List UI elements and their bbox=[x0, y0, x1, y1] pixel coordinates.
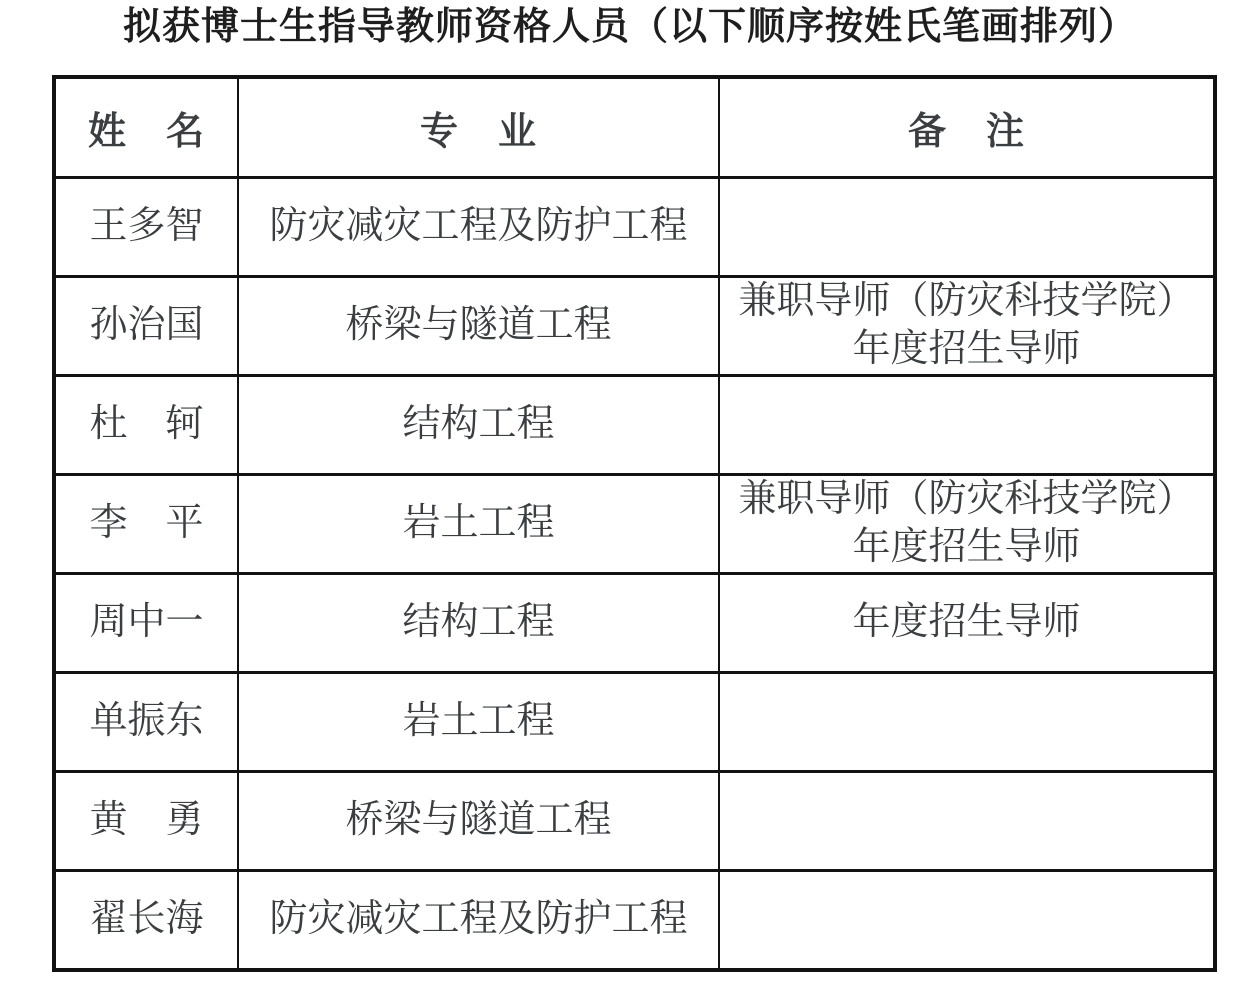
document-page: 拟获博士生指导教师资格人员（以下顺序按姓氏笔画排列） 姓 名 专 业 备 注 王… bbox=[0, 0, 1260, 1007]
table-row: 王多智 防灾减灾工程及防护工程 bbox=[54, 178, 1215, 277]
major-cell: 桥梁与隧道工程 bbox=[238, 772, 719, 871]
remark-cell bbox=[719, 871, 1215, 971]
name-cell: 单振东 bbox=[54, 673, 238, 772]
table-row: 李 平 岩土工程 兼职导师（防灾科技学院） 年度招生导师 bbox=[54, 475, 1215, 574]
header-cell-name: 姓 名 bbox=[54, 77, 238, 178]
table-row: 杜 轲 结构工程 bbox=[54, 376, 1215, 475]
major-cell: 防灾减灾工程及防护工程 bbox=[238, 178, 719, 277]
header-cell-major: 专 业 bbox=[238, 77, 719, 178]
name-cell: 孙治国 bbox=[54, 277, 238, 376]
name-cell: 李 平 bbox=[54, 475, 238, 574]
table-row: 单振东 岩土工程 bbox=[54, 673, 1215, 772]
name-cell: 翟长海 bbox=[54, 871, 238, 971]
table-row: 孙治国 桥梁与隧道工程 兼职导师（防灾科技学院） 年度招生导师 bbox=[54, 277, 1215, 376]
document-title: 拟获博士生指导教师资格人员（以下顺序按姓氏笔画排列） bbox=[0, 3, 1260, 51]
major-cell: 结构工程 bbox=[238, 376, 719, 475]
remark-cell: 兼职导师（防灾科技学院） 年度招生导师 bbox=[719, 277, 1215, 376]
major-cell: 防灾减灾工程及防护工程 bbox=[238, 871, 719, 971]
remark-cell: 年度招生导师 bbox=[719, 574, 1215, 673]
table-row: 黄 勇 桥梁与隧道工程 bbox=[54, 772, 1215, 871]
table-row: 周中一 结构工程 年度招生导师 bbox=[54, 574, 1215, 673]
name-cell: 黄 勇 bbox=[54, 772, 238, 871]
remark-cell bbox=[719, 772, 1215, 871]
major-cell: 桥梁与隧道工程 bbox=[238, 277, 719, 376]
major-cell: 岩土工程 bbox=[238, 673, 719, 772]
header-row: 姓 名 专 业 备 注 bbox=[54, 77, 1215, 178]
name-cell: 周中一 bbox=[54, 574, 238, 673]
name-cell: 杜 轲 bbox=[54, 376, 238, 475]
name-cell: 王多智 bbox=[54, 178, 238, 277]
remark-cell: 兼职导师（防灾科技学院） 年度招生导师 bbox=[719, 475, 1215, 574]
remark-cell bbox=[719, 673, 1215, 772]
major-cell: 结构工程 bbox=[238, 574, 719, 673]
remark-cell bbox=[719, 178, 1215, 277]
remark-cell bbox=[719, 376, 1215, 475]
major-cell: 岩土工程 bbox=[238, 475, 719, 574]
supervisors-table: 姓 名 专 业 备 注 王多智 防灾减灾工程及防护工程 孙治国 桥梁与隧道工程 … bbox=[52, 75, 1217, 972]
header-cell-remark: 备 注 bbox=[719, 77, 1215, 178]
table-row: 翟长海 防灾减灾工程及防护工程 bbox=[54, 871, 1215, 971]
